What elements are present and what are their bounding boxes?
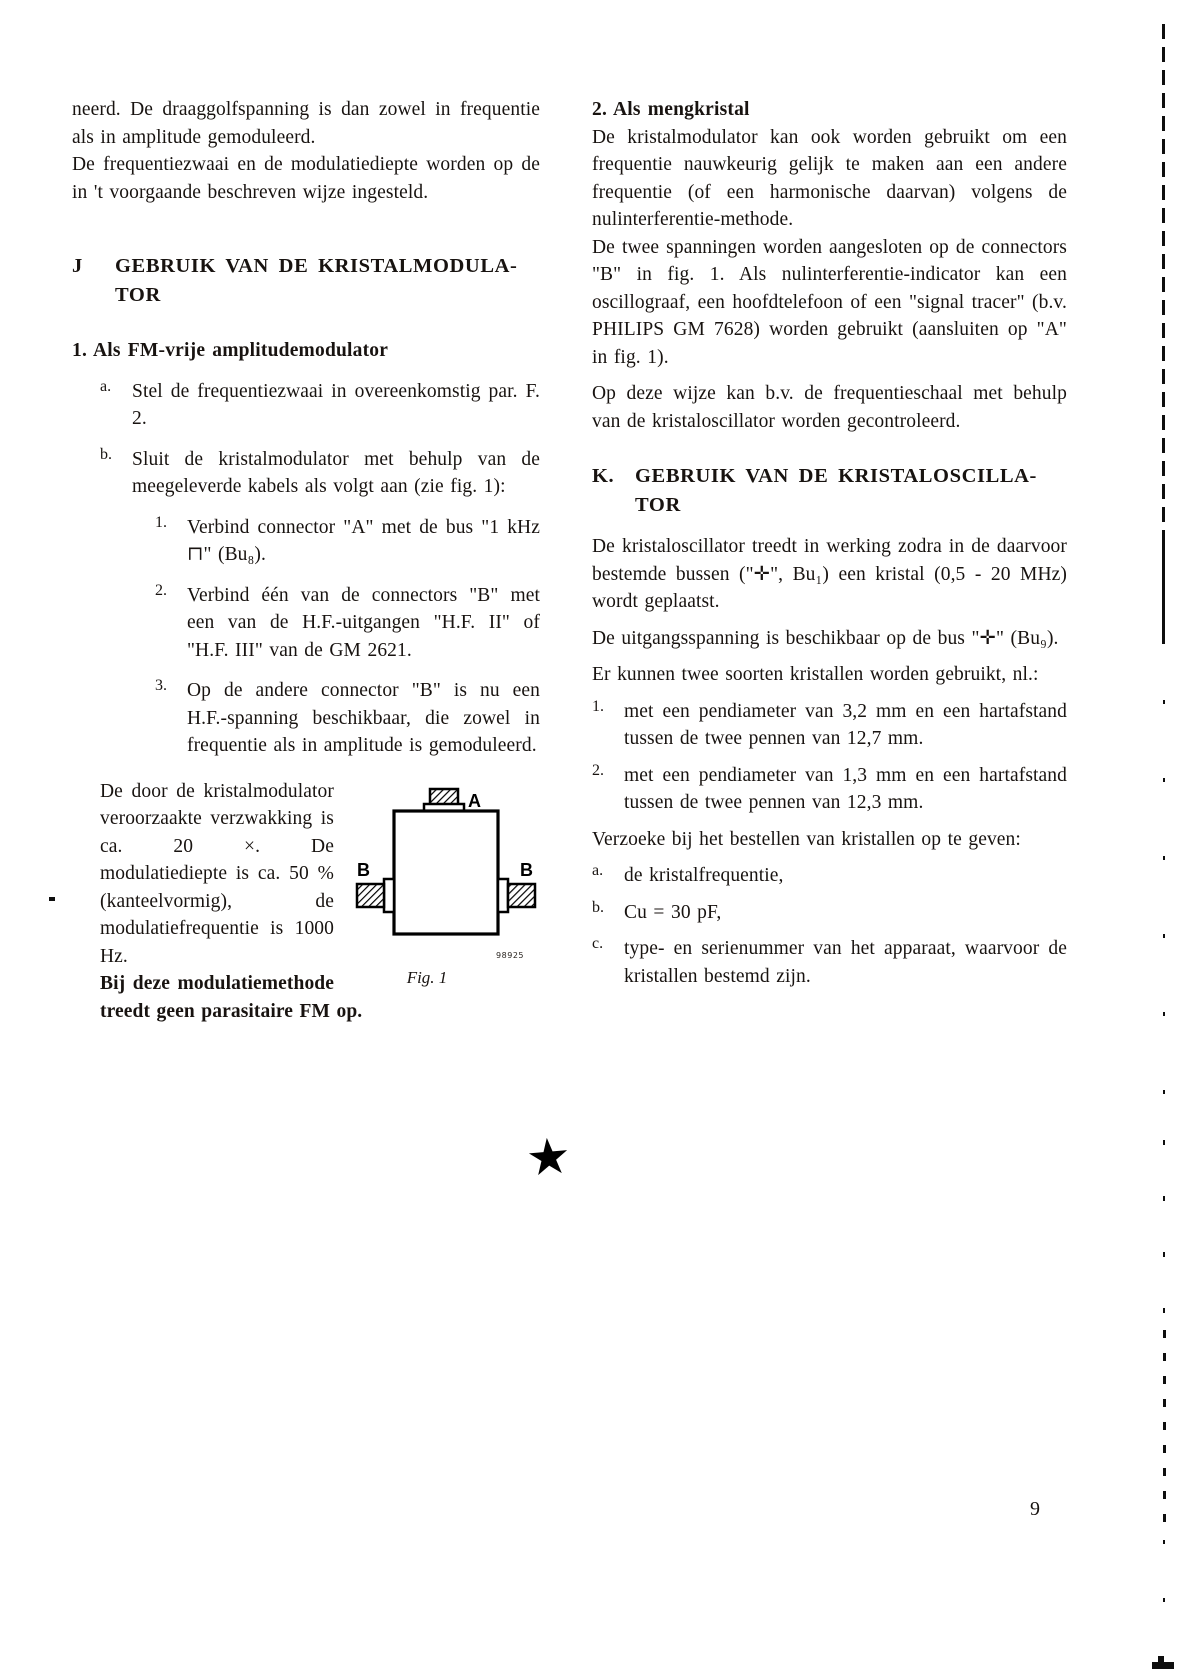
section-title: GEBRUIK VAN DE KRISTALOSCILLA- TOR <box>635 462 1037 520</box>
item-text: Cu = 30 pF, <box>624 899 1067 927</box>
item-text: Verbind één van de connectors "B" met ee… <box>187 582 540 665</box>
item-text: Sluit de kristalmodulator met behulp van… <box>132 446 540 501</box>
list-item: a. Stel de frequentiezwaai in overeenkom… <box>72 378 540 433</box>
section-heading-k: K. GEBRUIK VAN DE KRISTALOSCILLA- TOR <box>592 462 1067 520</box>
scan-artifact-dash <box>49 897 55 901</box>
star-ornament-icon: ★ <box>524 1126 574 1188</box>
section-heading-j: J GEBRUIK VAN DE KRISTALMODULA- TOR <box>72 252 540 310</box>
list-item: a. de kristalfrequentie, <box>592 862 1067 890</box>
scan-artifact-line <box>1163 700 1165 1120</box>
list-item: 3. Op de andere connector "B" is nu een … <box>72 677 540 760</box>
paragraph: Op deze wijze kan b.v. de frequentiescha… <box>592 380 1067 435</box>
scan-artifact-line <box>1163 1140 1165 1320</box>
paragraph: De kristaloscillator treedt in werking z… <box>592 533 1067 616</box>
scan-artifact-blob <box>1158 1656 1164 1662</box>
figure-label-b-left: B <box>357 860 370 880</box>
item-marker: c. <box>592 935 624 990</box>
figure-caption: Fig. 1 <box>344 968 540 988</box>
subsection-heading: 2. Als mengkristal <box>592 96 1067 124</box>
item-marker: a. <box>592 862 624 890</box>
section-letter: K. <box>592 462 635 520</box>
list-item: b. Cu = 30 pF, <box>592 899 1067 927</box>
paragraph: De frequentiezwaai en de modulatiediepte… <box>72 151 540 206</box>
column-gap <box>540 96 592 1025</box>
figure-1: A B B 98925 Fig. 1 <box>344 782 540 988</box>
scan-artifact-line <box>1163 1540 1165 1630</box>
item-marker: 1. <box>155 514 187 569</box>
item-text: de kristalfrequentie, <box>624 862 1067 890</box>
scan-artifact-line <box>1162 545 1165 644</box>
paragraph: Er kunnen twee soorten kristallen worden… <box>592 661 1067 689</box>
item-marker: 1. <box>592 698 624 753</box>
paragraph: De twee spanningen worden aangesloten op… <box>592 234 1067 372</box>
list-item: c. type- en serienummer van het apparaat… <box>592 935 1067 990</box>
figure-artifact-number: 98925 <box>344 951 540 960</box>
scan-artifact-line <box>1163 1330 1166 1530</box>
item-text: met een pendiameter van 1,3 mm en een ha… <box>624 762 1067 817</box>
paragraph: De uitgangsspanning is beschikbaar op de… <box>592 625 1067 653</box>
list-item: 2. met een pendiameter van 1,3 mm en een… <box>592 762 1067 817</box>
crystal-modulator-diagram: A B B <box>344 782 540 952</box>
figure-paragraph-block: A B B 98925 Fig. 1 De door de kristalmod… <box>72 778 540 1026</box>
modulator-box <box>394 811 498 934</box>
item-text: Stel de frequentiezwaai in overeenkomsti… <box>132 378 540 433</box>
item-text: met een pendiameter van 3,2 mm en een ha… <box>624 698 1067 753</box>
left-column: neerd. De draaggolfspanning is dan zowel… <box>72 96 540 1025</box>
item-text: Verbind connector "A" met de bus "1 kHz … <box>187 514 540 569</box>
scan-artifact-blob <box>1152 1662 1174 1669</box>
subsection-heading: 1. Als FM-vrije amplitudemodulator <box>72 337 540 365</box>
list-item: b. Sluit de kristalmodulator met behulp … <box>72 446 540 501</box>
list-item: 1. met een pendiameter van 3,2 mm en een… <box>592 698 1067 753</box>
item-marker: b. <box>100 446 132 501</box>
item-marker: a. <box>100 378 132 433</box>
paragraph: De kristalmodulator kan ook worden gebru… <box>592 124 1067 234</box>
list-item: 2. Verbind één van de connectors "B" met… <box>72 582 540 665</box>
page-content: neerd. De draaggolfspanning is dan zowel… <box>72 96 1067 1025</box>
manual-page: neerd. De draaggolfspanning is dan zowel… <box>0 0 1190 1676</box>
paragraph: neerd. De draaggolfspanning is dan zowel… <box>72 96 540 151</box>
item-marker: 2. <box>592 762 624 817</box>
section-title: GEBRUIK VAN DE KRISTALMODULA- TOR <box>115 252 517 310</box>
right-column: 2. Als mengkristal De kristalmodulator k… <box>592 96 1067 1025</box>
item-text: Op de andere connector "B" is nu een H.F… <box>187 677 540 760</box>
item-marker: 3. <box>155 677 187 760</box>
item-marker: 2. <box>155 582 187 665</box>
item-marker: b. <box>592 899 624 927</box>
connector-b-right-icon <box>508 884 535 907</box>
paragraph: Verzoeke bij het bestellen van kristalle… <box>592 826 1067 854</box>
figure-label-a: A <box>468 791 481 811</box>
section-letter: J <box>72 252 115 310</box>
item-text: type- en serienummer van het apparaat, w… <box>624 935 1067 990</box>
page-number: 9 <box>1030 1498 1040 1521</box>
connector-b-left-icon <box>357 884 384 907</box>
list-item: 1. Verbind connector "A" met de bus "1 k… <box>72 514 540 569</box>
figure-label-b-right: B <box>520 860 533 880</box>
